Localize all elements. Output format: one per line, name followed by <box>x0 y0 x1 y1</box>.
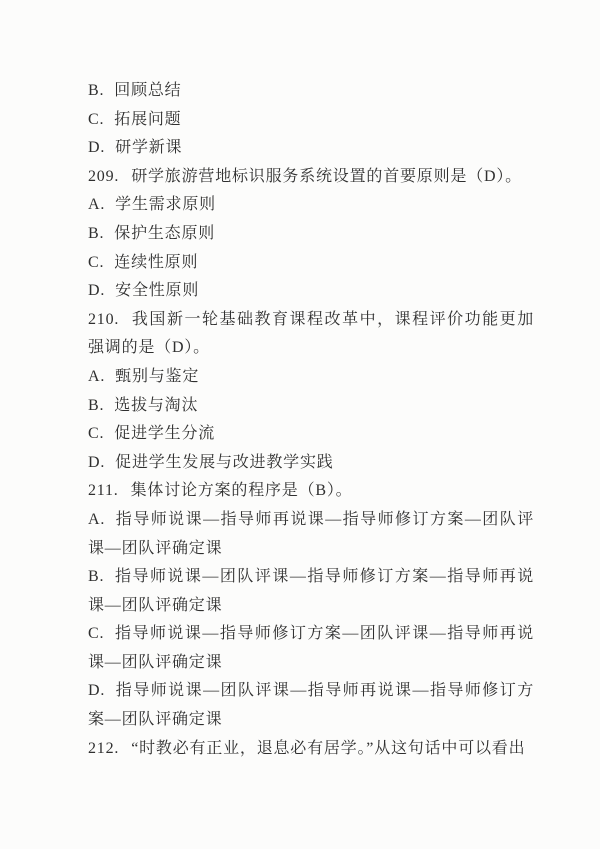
option-line: B.选拔与淘汰 <box>88 392 534 421</box>
option-text: 安全性原则 <box>115 282 199 299</box>
option-text: 连续性原则 <box>114 254 198 271</box>
option-line: C.促进学生分流 <box>88 420 534 449</box>
option-text: 回顾总结 <box>114 82 181 99</box>
option-label: D. <box>88 139 105 156</box>
option-label: C. <box>88 111 104 128</box>
option-label: A. <box>88 196 105 213</box>
option-line: B.回顾总结 <box>88 77 534 106</box>
option-label: D. <box>88 454 105 471</box>
option-text: 保护生态原则 <box>114 225 215 242</box>
option-label: B. <box>88 225 104 242</box>
question-text: “时教必有正业，退息必有居学。”从这句话中可以看出 <box>131 740 525 757</box>
question-line: 212.“时教必有正业，退息必有居学。”从这句话中可以看出 <box>88 735 534 764</box>
option-label: D. <box>88 282 105 299</box>
option-line: B.指导师说课—团队评课—指导师修订方案—指导师再说课—团队评确定课 <box>88 563 534 620</box>
question-list: B.回顾总结 C.拓展问题 D.研学新课 209.研学旅游营地标识服务系统设置的… <box>88 77 534 763</box>
option-text: 指导师说课—团队评课—指导师修订方案—指导师再说课—团队评确定课 <box>88 568 534 614</box>
option-line: B.保护生态原则 <box>88 220 534 249</box>
question-text: 我国新一轮基础教育课程改革中，课程评价功能更加强调的是（D）。 <box>88 311 534 357</box>
question-text: 集体讨论方案的程序是（B）。 <box>131 482 353 499</box>
option-line: D.指导师说课—团队评课—指导师再说课—指导师修订方案—团队评确定课 <box>88 677 534 734</box>
option-text: 促进学生发展与改进教学实践 <box>115 454 333 471</box>
option-label: A. <box>88 368 105 385</box>
question-number: 211. <box>88 482 119 499</box>
option-label: B. <box>88 568 104 585</box>
option-text: 促进学生分流 <box>114 425 215 442</box>
option-text: 甄别与鉴定 <box>115 368 199 385</box>
option-line: C.指导师说课—指导师修订方案—团队评课—指导师再说课—团队评确定课 <box>88 620 534 677</box>
option-line: C.拓展问题 <box>88 106 534 135</box>
option-text: 指导师说课—指导师再说课—指导师修订方案—团队评课—团队评确定课 <box>88 511 534 557</box>
option-label: B. <box>88 397 104 414</box>
question-number: 212. <box>88 740 119 757</box>
option-line: D.安全性原则 <box>88 277 534 306</box>
option-label: D. <box>88 682 105 699</box>
question-number: 209. <box>88 168 119 185</box>
option-text: 学生需求原则 <box>115 196 216 213</box>
question-line: 211.集体讨论方案的程序是（B）。 <box>88 477 534 506</box>
question-line: 210.我国新一轮基础教育课程改革中，课程评价功能更加强调的是（D）。 <box>88 306 534 363</box>
option-label: A. <box>88 511 105 528</box>
option-text: 指导师说课—指导师修订方案—团队评课—指导师再说课—团队评确定课 <box>88 625 534 671</box>
option-label: C. <box>88 425 104 442</box>
option-line: A.指导师说课—指导师再说课—指导师修订方案—团队评课—团队评确定课 <box>88 506 534 563</box>
option-line: D.促进学生发展与改进教学实践 <box>88 449 534 478</box>
option-text: 指导师说课—团队评课—指导师再说课—指导师修订方案—团队评确定课 <box>88 682 534 728</box>
option-label: B. <box>88 82 104 99</box>
option-line: C.连续性原则 <box>88 249 534 278</box>
option-line: D.研学新课 <box>88 134 534 163</box>
option-text: 拓展问题 <box>114 111 181 128</box>
document-page: B.回顾总结 C.拓展问题 D.研学新课 209.研学旅游营地标识服务系统设置的… <box>0 0 600 849</box>
question-text: 研学旅游营地标识服务系统设置的首要原则是（D）。 <box>131 168 522 185</box>
option-text: 选拔与淘汰 <box>114 397 198 414</box>
question-line: 209.研学旅游营地标识服务系统设置的首要原则是（D）。 <box>88 163 534 192</box>
option-line: A.学生需求原则 <box>88 191 534 220</box>
option-text: 研学新课 <box>115 139 182 156</box>
option-label: C. <box>88 625 104 642</box>
option-line: A.甄别与鉴定 <box>88 363 534 392</box>
question-number: 210. <box>88 311 119 328</box>
option-label: C. <box>88 254 104 271</box>
